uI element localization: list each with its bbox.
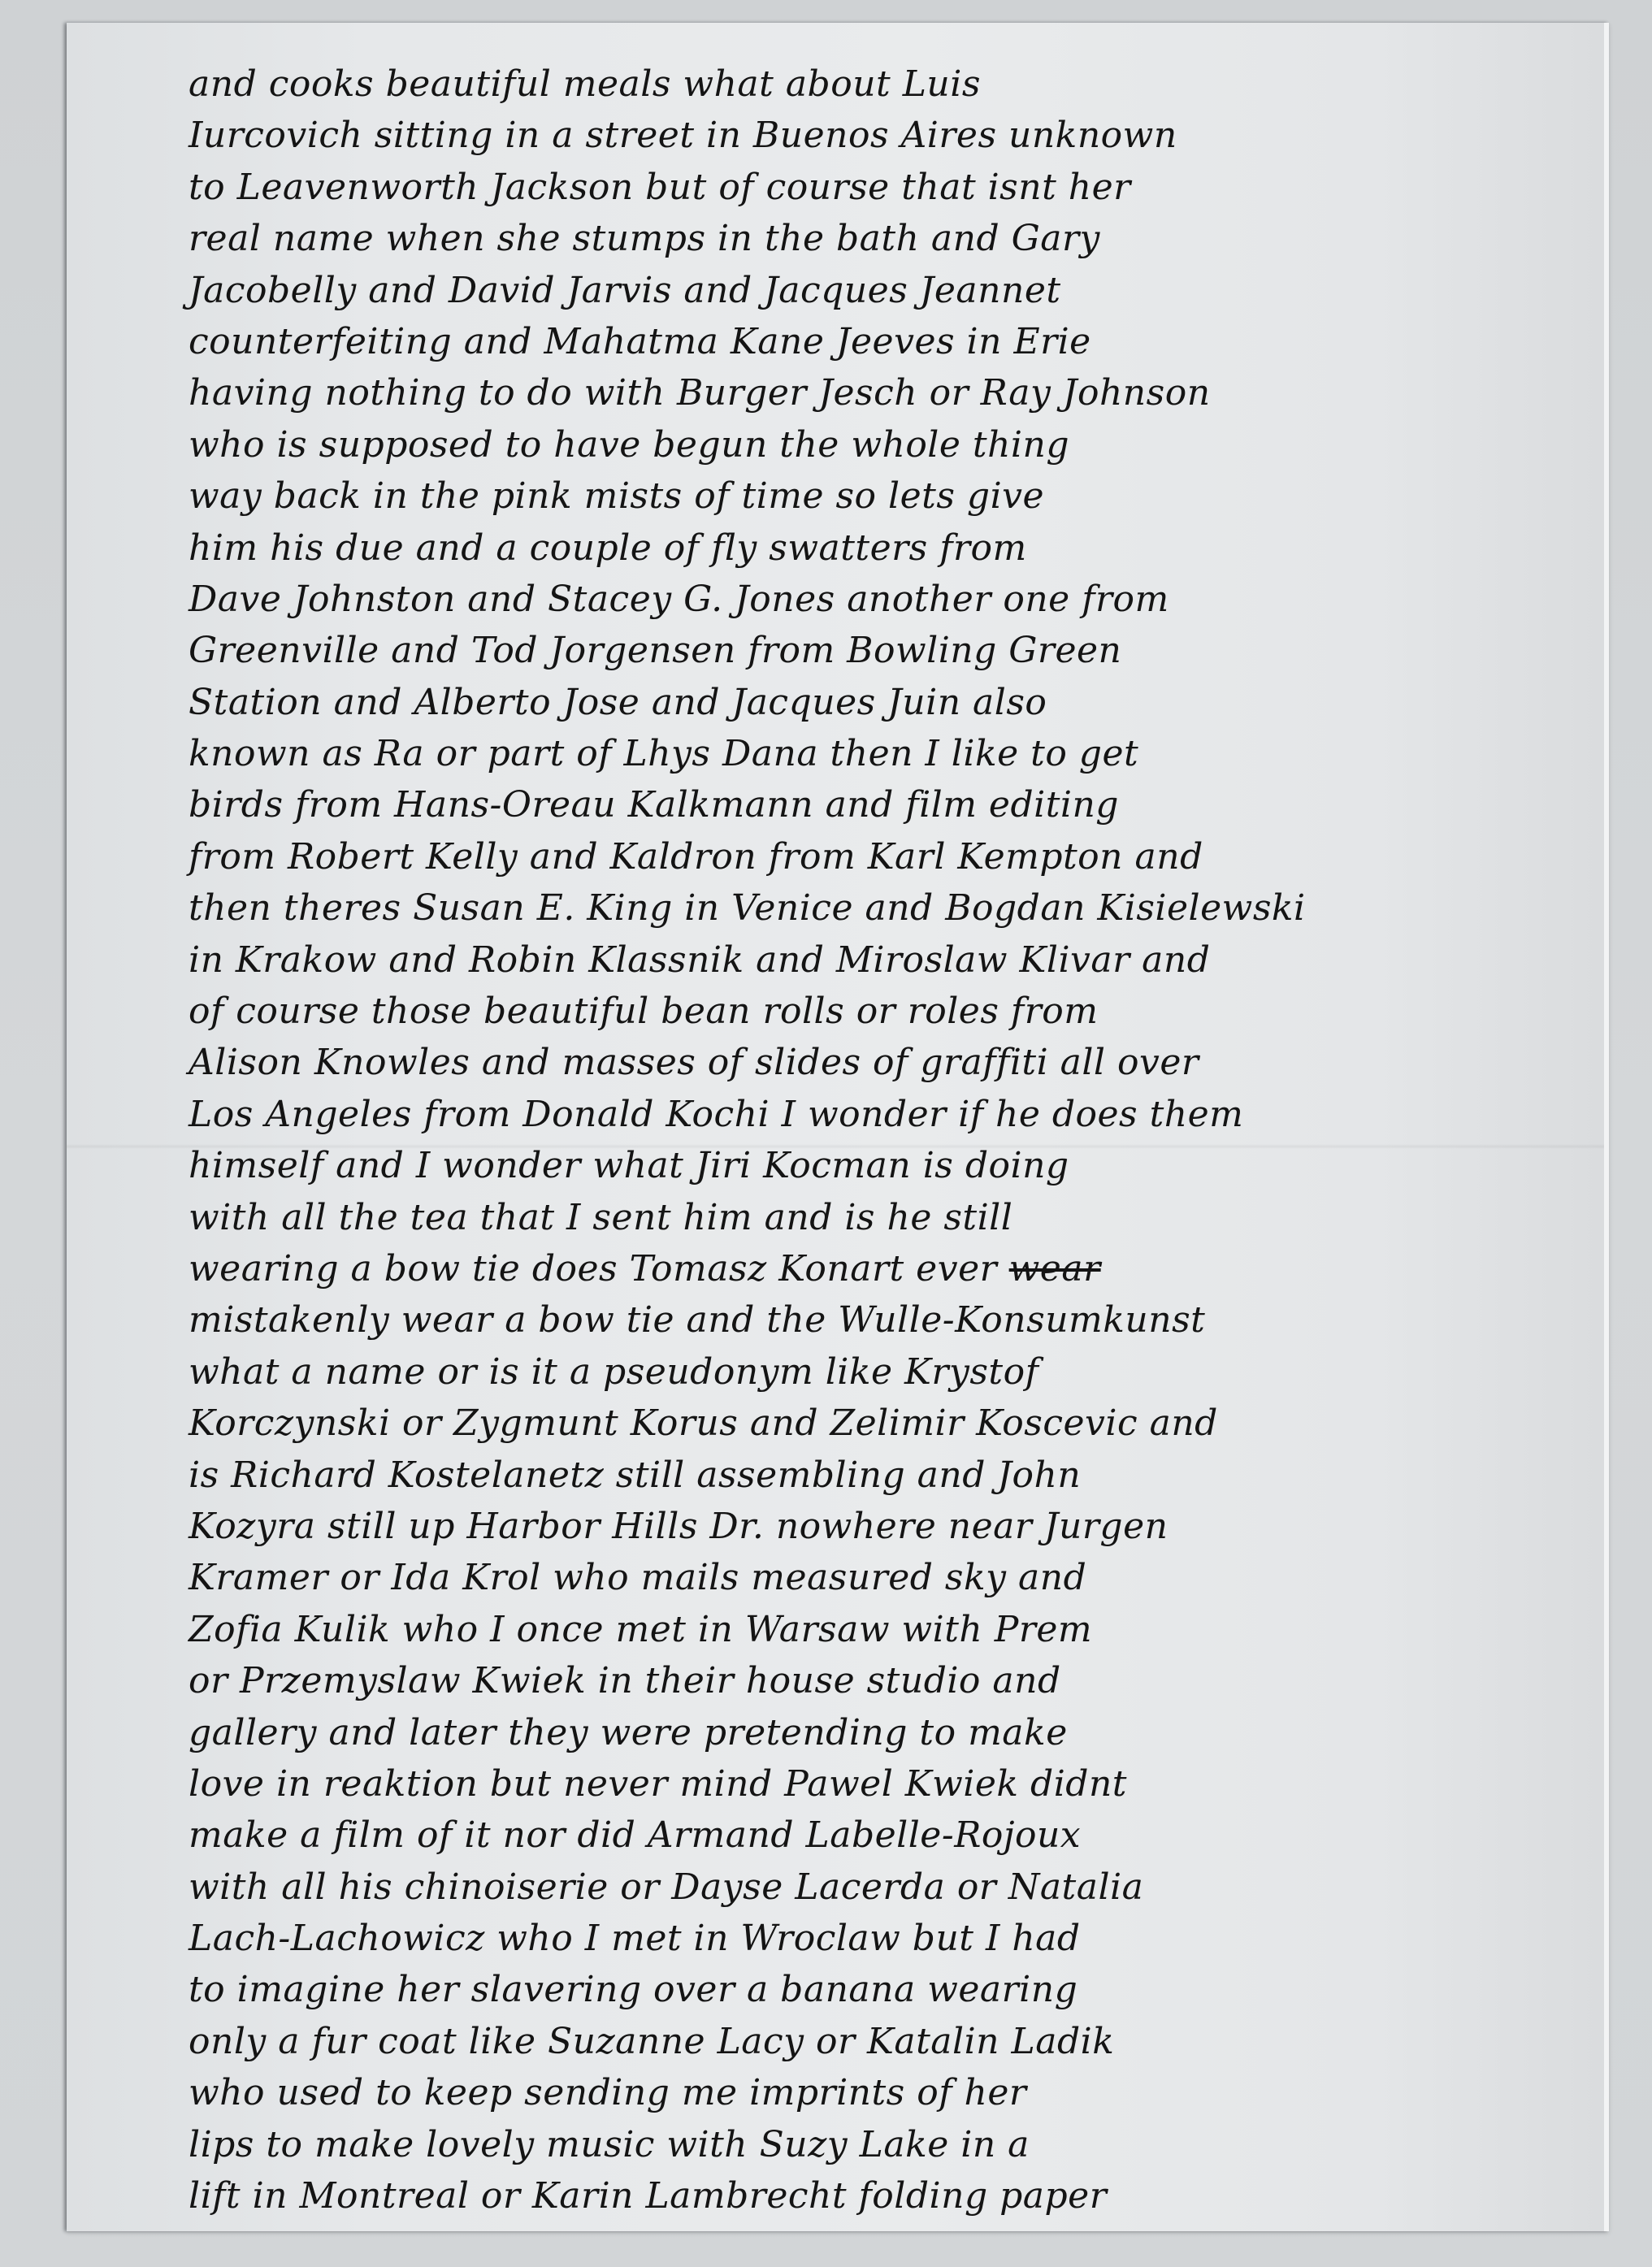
text-line-2: Iurcovich sitting in a street in Buenos … <box>189 110 1570 161</box>
text-line-1: and cooks beautiful meals what about Lui… <box>189 59 1570 110</box>
text-line-35: make a film of it nor did Armand Labelle… <box>189 1810 1570 1861</box>
text-line-32: or Przemyslaw Kwiek in their house studi… <box>189 1655 1570 1706</box>
text-line-24: wearing a bow tie does Tomasz Konart eve… <box>189 1243 1570 1294</box>
text-line-33: gallery and later they were pretending t… <box>189 1707 1570 1758</box>
text-line-37: Lach-Lachowicz who I met in Wroclaw but … <box>189 1913 1570 1964</box>
text-line-17: then theres Susan E. King in Venice and … <box>189 882 1570 934</box>
text-line-8: who is supposed to have begun the whole … <box>189 419 1570 470</box>
text-line-6: counterfeiting and Mahatma Kane Jeeves i… <box>189 316 1570 367</box>
text-line-42: lift in Montreal or Karin Lambrecht fold… <box>189 2170 1570 2221</box>
text-line-27: Korczynski or Zygmunt Korus and Zelimir … <box>189 1398 1570 1449</box>
text-line-12: Greenville and Tod Jorgensen from Bowlin… <box>189 625 1570 676</box>
text-line-40: who used to keep sending me imprints of … <box>189 2067 1570 2118</box>
text-line-39: only a fur coat like Suzanne Lacy or Kat… <box>189 2016 1570 2067</box>
text-line-4: real name when she stumps in the bath an… <box>189 213 1570 264</box>
text-line-30: Kramer or Ida Krol who mails measured sk… <box>189 1552 1570 1603</box>
text-line-9: way back in the pink mists of time so le… <box>189 470 1570 522</box>
text-line-16: from Robert Kelly and Kaldron from Karl … <box>189 831 1570 882</box>
letter-page: and cooks beautiful meals what about Lui… <box>67 23 1609 2231</box>
text-line-22: himself and I wonder what Jiri Kocman is… <box>189 1140 1570 1191</box>
text-line-29: Kozyra still up Harbor Hills Dr. nowhere… <box>189 1501 1570 1552</box>
text-line-26: what a name or is it a pseudonym like Kr… <box>189 1346 1570 1398</box>
text-line-31: Zofia Kulik who I once met in Warsaw wit… <box>189 1604 1570 1655</box>
text-line-20: Alison Knowles and masses of slides of g… <box>189 1037 1570 1088</box>
text-line-3: to Leavenworth Jackson but of course tha… <box>189 162 1570 213</box>
text-line-21: Los Angeles from Donald Kochi I wonder i… <box>189 1089 1570 1140</box>
text-line-25: mistakenly wear a bow tie and the Wulle-… <box>189 1294 1570 1346</box>
text-line-34: love in reaktion but never mind Pawel Kw… <box>189 1758 1570 1810</box>
text-line-15: birds from Hans-Oreau Kalkmann and film … <box>189 779 1570 830</box>
text-line-10: him his due and a couple of fly swatters… <box>189 522 1570 574</box>
text-line-19: of course those beautiful bean rolls or … <box>189 986 1570 1037</box>
text-line-5: Jacobelly and David Jarvis and Jacques J… <box>189 265 1570 316</box>
text-line-11: Dave Johnston and Stacey G. Jones anothe… <box>189 574 1570 625</box>
text-line-24-content: wearing a bow tie does Tomasz Konart eve… <box>189 1248 997 1290</box>
text-line-41: lips to make lovely music with Suzy Lake… <box>189 2119 1570 2170</box>
struck-out-word: wear <box>1009 1248 1101 1290</box>
text-line-23: with all the tea that I sent him and is … <box>189 1192 1570 1243</box>
text-line-28: is Richard Kostelanetz still assembling … <box>189 1450 1570 1501</box>
text-line-7: having nothing to do with Burger Jesch o… <box>189 367 1570 418</box>
text-line-18: in Krakow and Robin Klassnik and Mirosla… <box>189 934 1570 986</box>
text-line-36: with all his chinoiserie or Dayse Lacerd… <box>189 1862 1570 1913</box>
text-line-38: to imagine her slavering over a banana w… <box>189 1964 1570 2015</box>
handwritten-text-block: and cooks beautiful meals what about Lui… <box>189 59 1570 2221</box>
text-line-14: known as Ra or part of Lhys Dana then I … <box>189 728 1570 779</box>
text-line-13: Station and Alberto Jose and Jacques Jui… <box>189 677 1570 728</box>
